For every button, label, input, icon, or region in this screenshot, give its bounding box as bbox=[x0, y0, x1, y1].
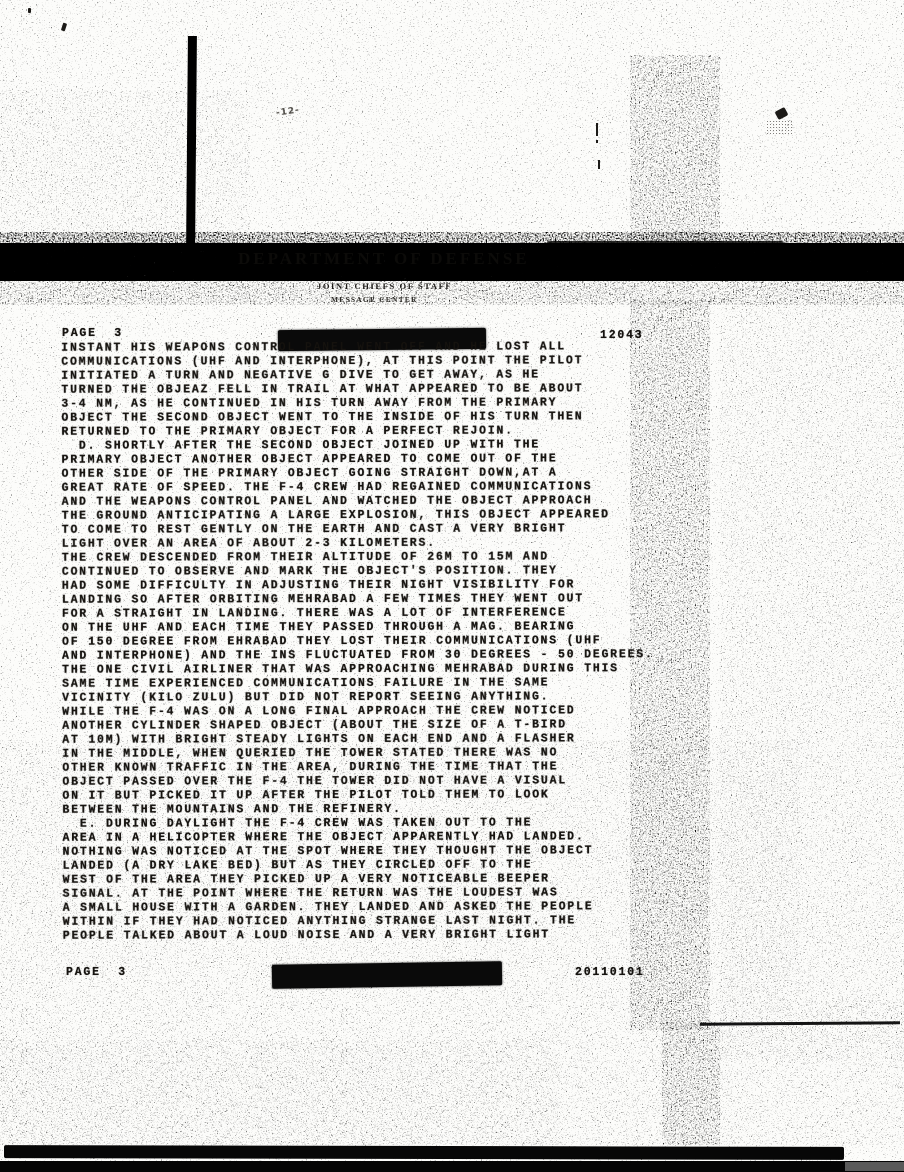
body-text-line: SIGNAL. AT THE POINT WHERE THE RETURN WA… bbox=[63, 886, 655, 902]
scanned-document-page: -12- DEPARTMENT OF DEFENSE JOINT CHIEFS … bbox=[0, 0, 904, 1172]
body-text-line: SAME TIME EXPERIENCED COMMUNICATIONS FAI… bbox=[62, 676, 654, 692]
agency-office-line: JOINT CHIEFS OF STAFF bbox=[317, 281, 452, 291]
document-serial-bottom: 20110101 bbox=[575, 966, 645, 979]
fold-streak bbox=[186, 36, 197, 248]
body-text-line: AND THE WEAPONS CONTROL PANEL AND WATCHE… bbox=[62, 494, 654, 510]
body-text: INSTANT HIS WEAPONS CONTROL PANEL WENT O… bbox=[61, 340, 654, 944]
scan-noise-bottom-column bbox=[662, 1022, 720, 1145]
body-text-line: FOR A STRAIGHT IN LANDING. THERE WAS A L… bbox=[62, 606, 654, 622]
bottom-edge-bar-gray-segment bbox=[845, 1162, 904, 1171]
body-text-line: LANDING SO AFTER ORBITING MEHRABAD A FEW… bbox=[62, 592, 654, 608]
halftone-smudge bbox=[766, 120, 794, 135]
body-text-line: PEOPLE TALKED ABOUT A LOUD NOISE AND A V… bbox=[63, 928, 655, 944]
body-text-line: D. SHORTLY AFTER THE SECOND OBJECT JOINE… bbox=[61, 438, 653, 454]
body-text-line: PRIMARY OBJECT ANOTHER OBJECT APPEARED T… bbox=[62, 452, 654, 468]
body-text-line: OBJECT THE SECOND OBJECT WENT TO THE INS… bbox=[61, 410, 653, 426]
bottom-edge-bar bbox=[0, 1161, 904, 1172]
scan-noise-right-margin bbox=[720, 300, 904, 1060]
body-text-line: OBJECT PASSED OVER THE F-4 THE TOWER DID… bbox=[62, 774, 654, 790]
bottom-black-bar bbox=[4, 1145, 844, 1160]
scan-speck bbox=[61, 23, 67, 32]
body-text-line: AT 10M) WITH BRIGHT STEADY LIGHTS ON EAC… bbox=[62, 732, 654, 748]
body-text-line: VICINITY (KILO ZULU) BUT DID NOT REPORT … bbox=[62, 690, 654, 706]
body-text-line: 3-4 NM, AS HE CONTINUED IN HIS TURN AWAY… bbox=[61, 396, 653, 412]
body-text-line: OTHER KNOWN TRAFFIC IN THE AREA, DURING … bbox=[62, 760, 654, 776]
body-text-line: WHILE THE F-4 WAS ON A LONG FINAL APPROA… bbox=[62, 704, 654, 720]
page-number-header: PAGE 3 bbox=[62, 327, 123, 340]
body-text-line: LIGHT OVER AN AREA OF ABOUT 2-3 KILOMETE… bbox=[62, 536, 654, 552]
body-text-line: NOTHING WAS NOTICED AT THE SPOT WHERE TH… bbox=[63, 844, 655, 860]
body-text-line: THE GROUND ANTICIPATING A LARGE EXPLOSIO… bbox=[62, 508, 654, 524]
scan-stray-mark bbox=[596, 140, 598, 143]
body-text-line: ON THE UHF AND EACH TIME THEY PASSED THR… bbox=[62, 620, 654, 636]
body-text-line: OTHER SIDE OF THE PRIMARY OBJECT GOING S… bbox=[62, 466, 654, 482]
body-text-line: A SMALL HOUSE WITH A GARDEN. THEY LANDED… bbox=[63, 900, 655, 916]
body-text-line: ON IT BUT PICKED IT UP AFTER THE PILOT T… bbox=[62, 788, 654, 804]
agency-title: DEPARTMENT OF DEFENSE bbox=[238, 249, 538, 269]
body-text-line: COMMUNICATIONS (UHF AND INTERPHONE), AT … bbox=[61, 354, 653, 370]
body-text-line: TO COME TO REST GENTLY ON THE EARTH AND … bbox=[62, 522, 654, 538]
body-text-line: TURNED THE OBJEAZ FELL IN TRAIL AT WHAT … bbox=[61, 382, 653, 398]
body-text-line: HAD SOME DIFFICULTY IN ADJUSTING THEIR N… bbox=[62, 578, 654, 594]
scan-stray-mark bbox=[598, 160, 600, 169]
scan-speck bbox=[28, 8, 31, 13]
body-text-line: WEST OF THE AREA THEY PICKED UP A VERY N… bbox=[63, 872, 655, 888]
scan-noise-top-right-cluster bbox=[630, 55, 720, 255]
redaction-bar-bottom bbox=[272, 961, 502, 989]
body-text-line: THE CREW DESCENDED FROM THEIR ALTITUDE O… bbox=[62, 550, 654, 566]
body-text-line: RETURNED TO THE PRIMARY OBJECT FOR A PER… bbox=[61, 424, 653, 440]
agency-center-line: MESSAGE CENTER bbox=[331, 295, 418, 304]
body-text-line: ANOTHER CYLINDER SHAPED OBJECT (ABOUT TH… bbox=[62, 718, 654, 734]
pencil-margin-note: -12- bbox=[275, 105, 300, 118]
body-text-line: INITIATED A TURN AND NEGATIVE G DIVE TO … bbox=[61, 368, 653, 384]
scan-stray-mark bbox=[596, 123, 598, 136]
scan-ink-blob bbox=[775, 107, 789, 120]
letterhead-ink-blob bbox=[545, 241, 785, 281]
scan-noise-bottom-left bbox=[0, 1040, 560, 1145]
body-text-line: THE ONE CIVIL AIRLINER THAT WAS APPROACH… bbox=[62, 662, 654, 678]
body-text-line: AREA IN A HELICOPTER WHERE THE OBJECT AP… bbox=[62, 830, 654, 846]
horizontal-rule bbox=[700, 1021, 900, 1025]
body-text-line: AND INTERPHONE) AND THE INS FLUCTUATED F… bbox=[62, 648, 654, 664]
letterhead-ink-blob bbox=[783, 244, 904, 280]
body-text-line: WITHIN IF THEY HAD NOTICED ANYTHING STRA… bbox=[63, 914, 655, 930]
letterhead-ink-blob bbox=[0, 243, 108, 280]
body-text-line: IN THE MIDDLE, WHEN QUERIED THE TOWER ST… bbox=[62, 746, 654, 762]
body-text-line: OF 150 DEGREE FROM EHRABAD THEY LOST THE… bbox=[62, 634, 654, 650]
body-text-line: GREAT RATE OF SPEED. THE F-4 CREW HAD RE… bbox=[62, 480, 654, 496]
body-text-line: E. DURING DAYLIGHT THE F-4 CREW WAS TAKE… bbox=[62, 816, 654, 832]
body-text-line: LANDED (A DRY LAKE BED) BUT AS THEY CIRC… bbox=[63, 858, 655, 874]
body-text-line: CONTINUED TO OBSERVE AND MARK THE OBJECT… bbox=[62, 564, 654, 580]
body-text-line: INSTANT HIS WEAPONS CONTROL PANEL WENT O… bbox=[61, 340, 653, 356]
page-number-footer: PAGE 3 bbox=[66, 966, 127, 979]
body-text-line: BETWEEN THE MOUNTAINS AND THE REFINERY. bbox=[62, 802, 654, 818]
